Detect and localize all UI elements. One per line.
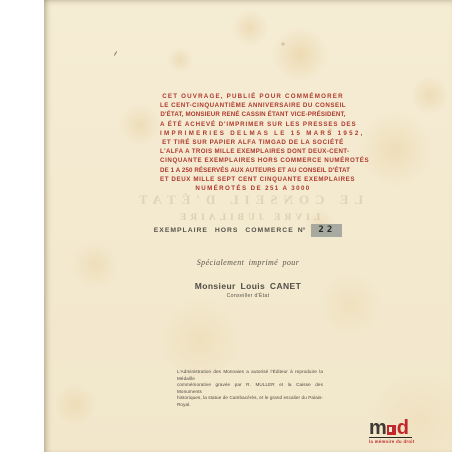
watermark-red-square-icon: [387, 425, 396, 435]
paper-blemish: [114, 51, 118, 56]
illustration-credits: L'Administration des Monnaies a autorisé…: [177, 369, 323, 408]
book-page: LE CONSEIL D'ÉTAT LIVRE JUBILAIRE CET OU…: [44, 0, 452, 452]
credits-line: L'Administration des Monnaies a autorisé…: [177, 369, 323, 382]
colophon-line: NUMÉROTÉS DE 251 A 3000: [160, 184, 346, 193]
colophon-block: CET OUVRAGE, PUBLIÉ POUR COMMÉMORER LE C…: [160, 92, 346, 193]
dedication-recipient: Monsieur Louis CANET: [44, 281, 452, 291]
watermark-caption: la mémoire du droit: [369, 439, 412, 444]
numero-sign: N°: [298, 227, 306, 234]
credits-line: commémorative gravée par R. MULLER et la…: [177, 382, 323, 395]
colophon-line: CINQUANTE EXEMPLAIRES HORS COMMERCE NUMÉ…: [160, 156, 346, 165]
colophon-line: LE CENT-CINQUANTIÈME ANNIVERSAIRE DU CON…: [160, 101, 346, 110]
credits-line: historiques, la statue de Cambacérès, et…: [177, 395, 323, 408]
watermark-letter-d: d: [397, 421, 409, 436]
watermark-square-counter: [389, 427, 392, 432]
dedication-intro: Spécialement imprimé pour: [44, 258, 452, 267]
dedication-recipient-title: Conseiller d'État: [44, 293, 452, 299]
colophon-line: L'ALFA A TROIS MILLE EXEMPLAIRES DONT DE…: [160, 147, 346, 156]
book-photo: LE CONSEIL D'ÉTAT LIVRE JUBILAIRE CET OU…: [0, 0, 452, 452]
colophon-line: DE 1 A 250 RÉSERVÉS AUX AUTEURS ET AU CO…: [160, 166, 346, 175]
colophon-line: ET DEUX MILLE SEPT CENT CINQUANTE EXEMPL…: [160, 175, 346, 184]
copy-number-line: EXEMPLAIRE HORS COMMERCE N° 22: [44, 224, 452, 237]
copy-number-stamp: 22: [311, 224, 342, 237]
colophon-line: IMPRIMERIES DELMAS LE 15 MARS 1952,: [160, 129, 346, 138]
colophon-line: ET TIRÉ SUR PAPIER ALFA TIMGAD DE LA SOC…: [160, 138, 346, 147]
colophon-line: CET OUVRAGE, PUBLIÉ POUR COMMÉMORER: [160, 92, 346, 101]
showthrough-title: LIVRE JUBILAIRE: [44, 213, 452, 223]
watermark-letter-m: m: [369, 421, 387, 436]
edition-label: EXEMPLAIRE HORS COMMERCE: [154, 227, 294, 234]
colophon-line: D'ÉTAT, MONSIEUR RENÉ CASSIN ÉTANT VICE-…: [160, 110, 346, 119]
colophon-line: A ÉTÉ ACHEVÉ D'IMPRIMER SUR LES PRESSES …: [160, 120, 346, 129]
showthrough-half-title: LE CONSEIL D'ÉTAT: [44, 192, 452, 208]
bookseller-watermark: m d la mémoire du droit: [369, 421, 412, 444]
watermark-letters: m d: [369, 421, 412, 438]
